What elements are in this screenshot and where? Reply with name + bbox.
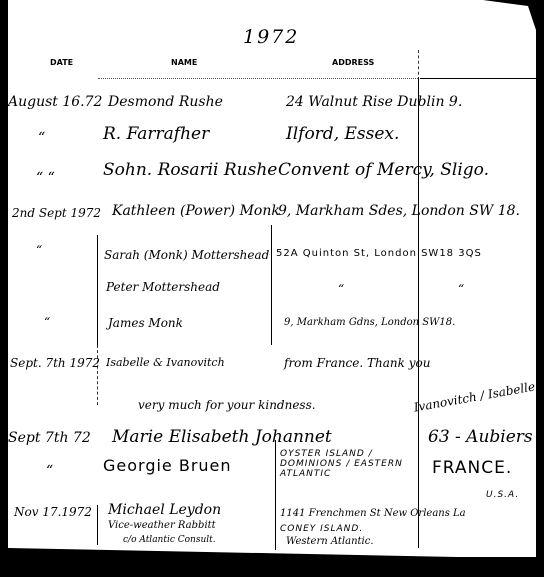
- entry-4-date: 2nd Sept 1972: [12, 206, 101, 220]
- entry-9-signature: Ivanovitch / Isabelle: [413, 379, 536, 414]
- entry-2-address: Ilford, Essex.: [286, 124, 399, 144]
- column-header-name: NAME: [171, 58, 197, 67]
- entry-1-address: 24 Walnut Rise Dublin 9.: [286, 94, 462, 110]
- entry-8-name: Isabelle & Ivanovitch: [106, 356, 225, 369]
- column-divider-date: [97, 235, 98, 345]
- entry-11-name: Georgie Bruen: [103, 456, 232, 475]
- entry-10-name: Marie Elisabeth Johannet: [112, 427, 332, 447]
- column-divider-date-bottom: [97, 505, 98, 545]
- entry-5-date: “: [36, 243, 42, 257]
- entry-11-address: FRANCE.: [432, 458, 512, 478]
- column-header-date: DATE: [50, 58, 73, 67]
- entry-6-name: Peter Mottershead: [106, 280, 220, 294]
- entry-3-address: Convent of Mercy, Sligo.: [278, 160, 489, 180]
- entry-14-address: Western Atlantic.: [286, 536, 374, 547]
- entry-12-address: 1141 Frenchmen St New Orleans La: [280, 508, 466, 519]
- entry-14-name: c/o Atlantic Consult.: [123, 535, 216, 545]
- entry-7-name: James Monk: [108, 316, 183, 330]
- column-divider-top: [418, 50, 419, 80]
- header-rule-dotted: [98, 78, 418, 79]
- entry-11-date: “: [46, 463, 53, 479]
- entry-1-date: August 16.72: [8, 94, 102, 110]
- entry-2-name: R. Farrafher: [103, 124, 209, 144]
- entry-12-address-note: U.S.A.: [486, 490, 519, 500]
- entry-9-text: very much for your kindness.: [138, 398, 316, 412]
- entry-10-date: Sept 7th 72: [8, 430, 91, 446]
- entry-1-name: Desmond Rushe: [108, 94, 223, 110]
- entry-5-name: Sarah (Monk) Mottershead: [104, 248, 269, 262]
- entry-12-date: Nov 17.1972: [14, 505, 92, 519]
- entry-3-name: Sohn. Rosarii Rushe: [103, 160, 277, 180]
- entry-4-address: 9, Markham Sdes, London SW 18.: [278, 203, 520, 219]
- entry-4-name: Kathleen (Power) Monk: [112, 203, 280, 219]
- entry-13-name: Vice-weather Rabbitt: [108, 520, 216, 531]
- entry-8-date: Sept. 7th 1972: [10, 356, 100, 370]
- entry-6-address-ditto: “: [458, 282, 464, 296]
- scan-border: [0, 557, 544, 577]
- entry-12-name: Michael Leydon: [108, 502, 221, 518]
- entry-6-address: “: [338, 282, 344, 296]
- column-divider-date-dashed: [97, 345, 98, 405]
- entry-11-note: OYSTER ISLAND / DOMINIONS / EASTERN ATLA…: [280, 449, 420, 479]
- entry-7-date: “: [44, 315, 50, 329]
- year-heading: 1972: [243, 26, 299, 48]
- entry-10-address: 63 - Aubiers: [428, 427, 533, 447]
- register-page: 1972 DATE NAME ADDRESS August 16.72 Desm…: [8, 0, 536, 560]
- column-divider-address-mid: [271, 225, 272, 345]
- entry-13-address: CONEY ISLAND.: [280, 524, 363, 534]
- entry-2-date: “: [38, 130, 45, 146]
- column-header-address: ADDRESS: [332, 58, 374, 67]
- header-rule: [420, 78, 536, 79]
- column-divider-address: [275, 440, 276, 550]
- entry-8-address: from France. Thank you: [284, 356, 430, 370]
- entry-3-date: “ “: [36, 170, 55, 186]
- entry-7-address: 9, Markham Gdns, London SW18.: [284, 317, 455, 328]
- entry-5-address: 52A Quinton St, London SW18 3QS: [276, 248, 482, 259]
